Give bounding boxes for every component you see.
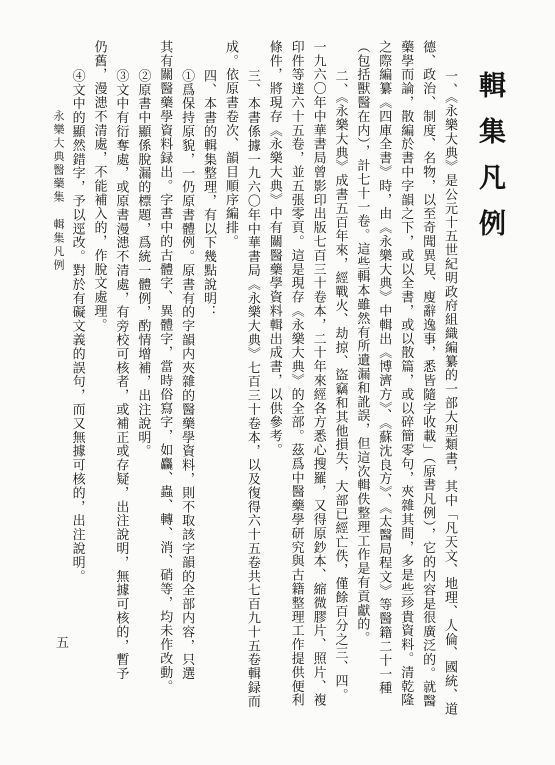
- book-page: 輯集凡例 一、《永樂大典》是公元十五世紀明政府組織編纂的一部大型類書，其中「凡天…: [0, 0, 555, 765]
- text-column: 其有關醫藥學資料録出。字書中的古體字、異體字，當時俗寫字，如麤、蟲、轉、消、硝等…: [154, 40, 176, 740]
- text-column: 之際編纂《四庫全書》時，由《永樂大典》中輯出《博濟方》、《蘇沈良方》、《太醫局程…: [373, 40, 395, 740]
- text-column: 成。依原書卷次、韻目順序編排。: [220, 40, 242, 740]
- running-margin-title: 永樂大典醫藥集輯集凡例: [50, 110, 66, 273]
- text-column: 條件，將現存《永樂大典》中有關醫藥學資料輯出成書，以供參考。: [264, 40, 286, 740]
- text-column: 二、《永樂大典》成書五百年來，經戰火、劫掠、盜竊和其他損失，大部已經亡佚，僅餘百…: [330, 40, 352, 740]
- margin-section-title: 輯集凡例: [52, 219, 64, 273]
- text-column: ③文中有衍奪處，或原書漫漶不清處，有旁校可核者，或補正或存疑，出注說明，無據可核…: [111, 40, 133, 740]
- main-text-block: 輯集凡例 一、《永樂大典》是公元十五世紀明政府組織編纂的一部大型類書，其中「凡天…: [67, 40, 509, 740]
- text-column: 印件等達六十五卷，並五張零頁。這是現存《永樂大典》的全部。茲爲中醫藥學研究與古籍…: [286, 40, 308, 740]
- text-column: ④文中的顯然錯字，予以逕改。對於有礙文義的誤句，而又無據可核的，出注說明。: [67, 40, 89, 740]
- page-number: 五: [56, 632, 69, 651]
- text-column: （包括獸醫在内），計七十一卷。這些輯本雖然有所遺漏和訛誤，但這次輯佚整理工作是有…: [351, 40, 373, 740]
- text-column: 仍舊，漫漶不清處，不能補入的，作脫文處理。: [89, 40, 111, 740]
- text-column: ①爲保持原貌，一仍原書體例。原書有的字韻内夾雜的醫藥學資料，則不取該字韻的全部内…: [176, 40, 198, 740]
- text-column: 一九六〇年中華書局曾影印出版七百三十卷本，二十年來經各方悉心搜羅，又得原鈔本、縮…: [308, 40, 330, 740]
- margin-book-title: 永樂大典醫藥集: [52, 110, 64, 205]
- page-title: 輯集凡例: [471, 40, 509, 740]
- text-column: 德、政治、制度、名物，以至奇聞異見、廋辭逸事，悉皆隨字收載」（原書凡例），它的内…: [417, 40, 439, 740]
- text-column: 四、本書的輯集整理，有以下幾點說明：: [198, 40, 220, 740]
- text-column: ②原書中顯係脫漏的標題，爲統一體例，酌情增補，出注說明。: [132, 40, 154, 740]
- text-column: 三、本書係據一九六〇年中華書局《永樂大典》七百三十卷本，以及復得六十五卷共七百九…: [242, 40, 264, 740]
- text-column: 一、《永樂大典》是公元十五世紀明政府組織編纂的一部大型類書，其中「凡天文、地理、…: [439, 40, 461, 740]
- text-column: 藥學而論，散編於書中字韻之下，或以全書，或以散篇，或以碎簡零句，夾雜其間，多是些…: [395, 40, 417, 740]
